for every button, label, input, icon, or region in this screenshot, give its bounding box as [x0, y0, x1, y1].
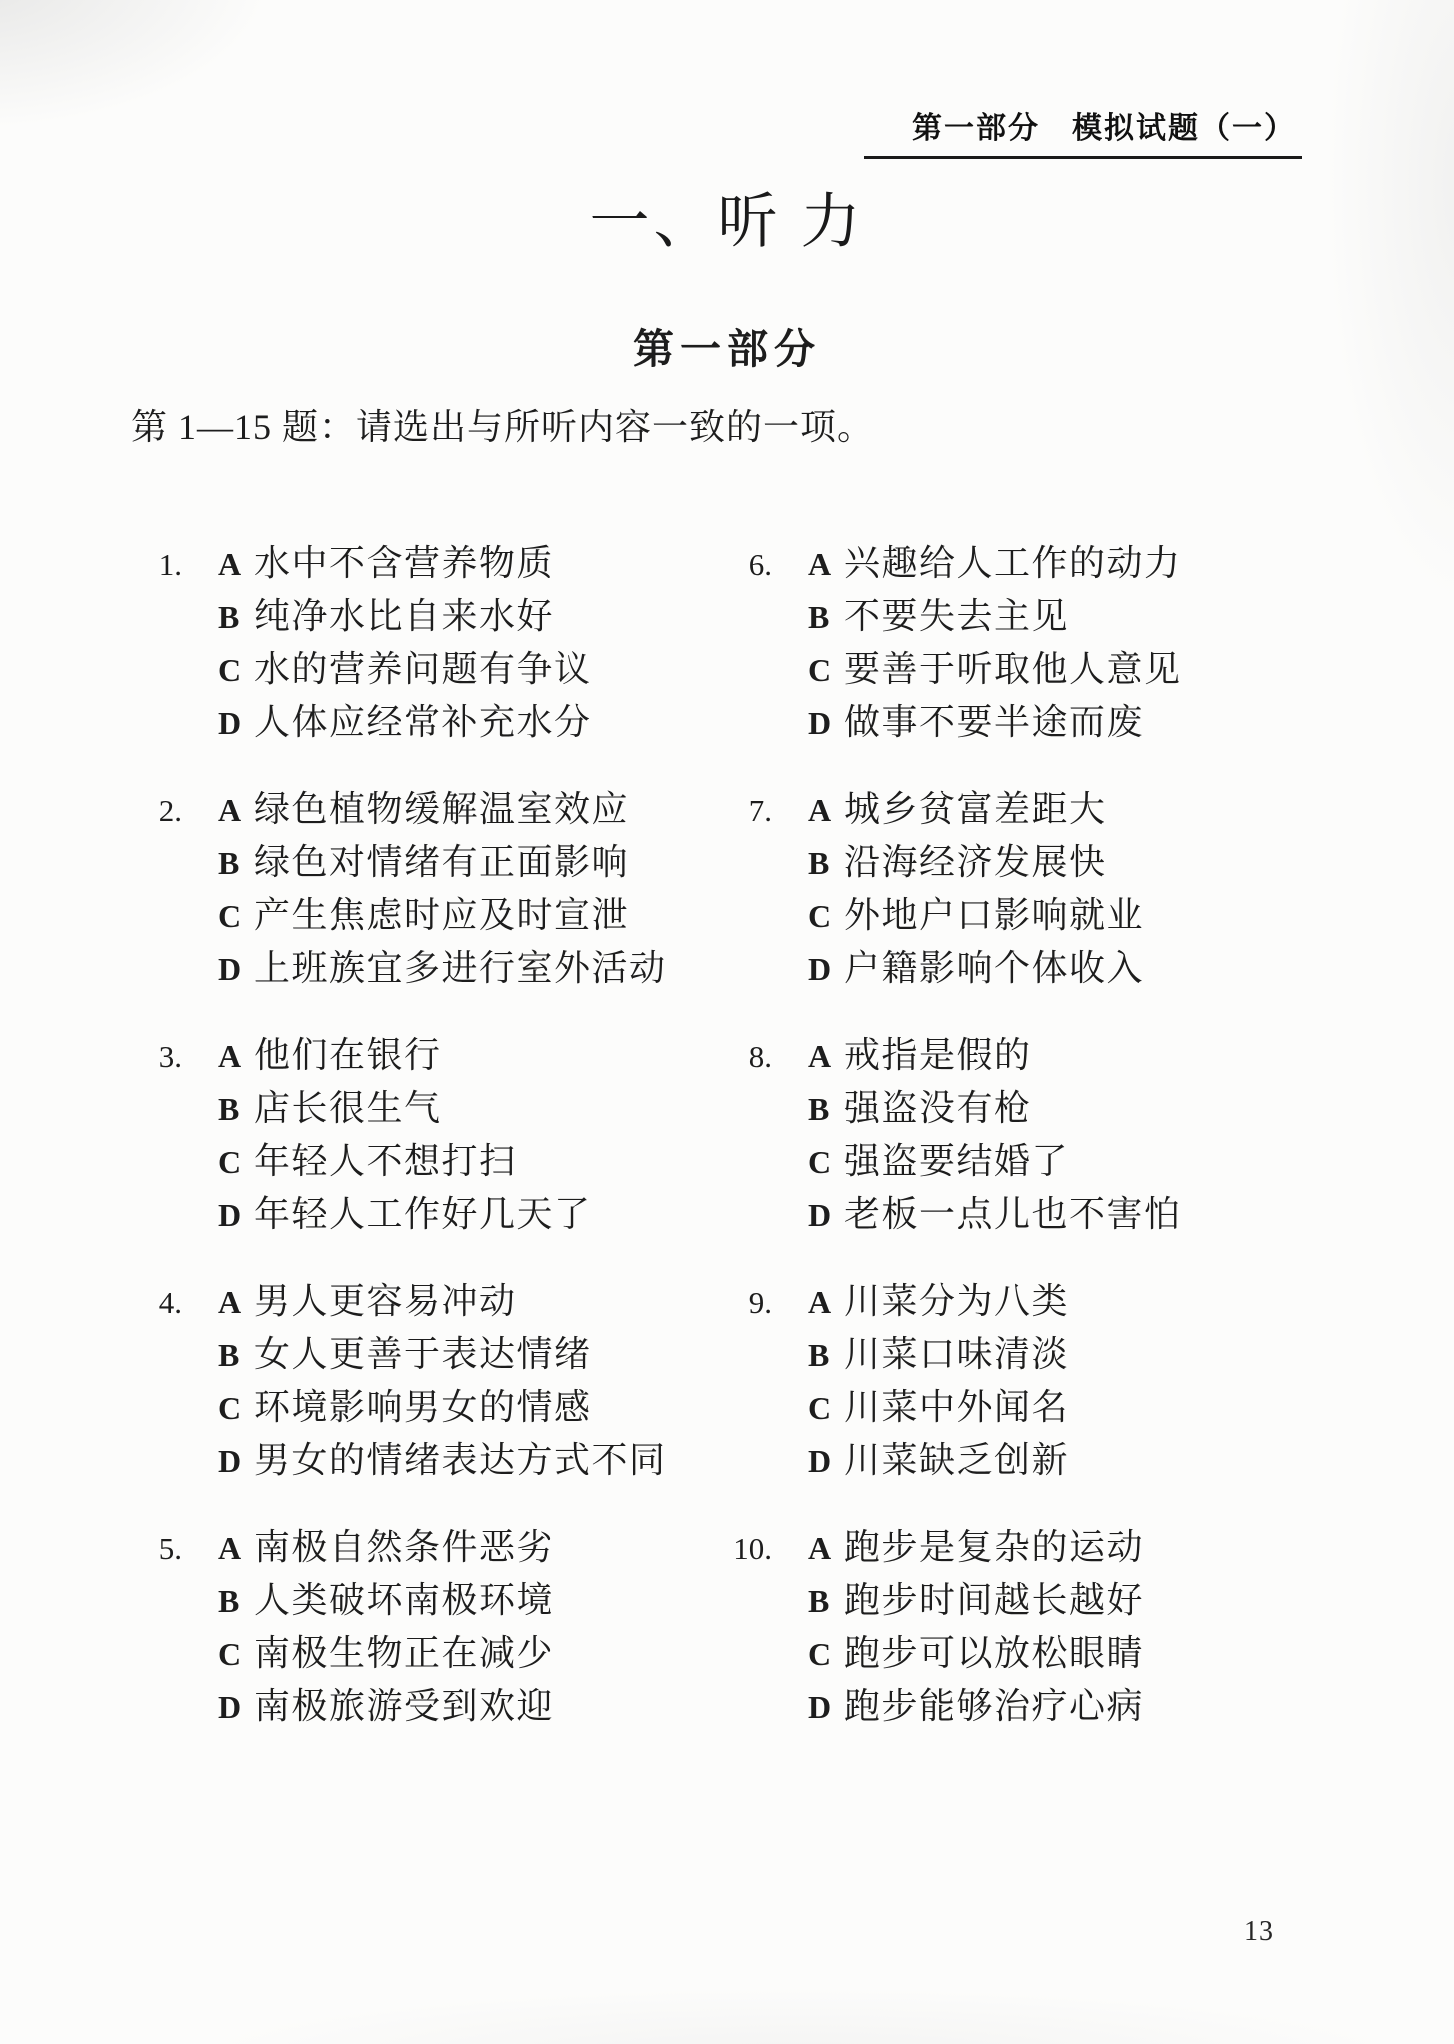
option-row: D人体应经常补充水分 [136, 696, 667, 749]
page-number: 13 [1244, 1916, 1274, 1948]
question-block: 10.A跑步是复杂的运动B跑步时间越长越好C跑步可以放松眼睛D跑步能够治疗心病 [726, 1521, 1182, 1733]
option-row: D川菜缺乏创新 [726, 1434, 1182, 1487]
option-row: D男女的情绪表达方式不同 [136, 1434, 667, 1487]
option-row: 4.A男人更容易冲动 [136, 1275, 667, 1328]
option-text: 跑步可以放松眼睛 [844, 1627, 1144, 1680]
option-row: B店长很生气 [136, 1082, 667, 1135]
option-text: 川菜缺乏创新 [844, 1434, 1069, 1487]
option-text: 水的营养问题有争议 [254, 643, 592, 696]
option-row: D年轻人工作好几天了 [136, 1188, 667, 1241]
option-letter: C [218, 1382, 254, 1435]
question-block: 3.A他们在银行B店长很生气C年轻人不想打扫D年轻人工作好几天了 [136, 1029, 667, 1241]
option-text: 环境影响男女的情感 [254, 1381, 592, 1434]
option-text: 男女的情绪表达方式不同 [254, 1434, 667, 1487]
option-letter: B [808, 837, 844, 890]
option-row: 3.A他们在银行 [136, 1029, 667, 1082]
option-text: 南极旅游受到欢迎 [254, 1680, 554, 1733]
option-text: 女人更善于表达情绪 [254, 1328, 592, 1381]
question-block: 9.A川菜分为八类B川菜口味清淡C川菜中外闻名D川菜缺乏创新 [726, 1275, 1182, 1487]
running-head: 第一部分 模拟试题（一） [864, 103, 1302, 159]
question-block: 2.A绿色植物缓解温室效应B绿色对情绪有正面影响C产生焦虑时应及时宣泄D上班族宜… [136, 783, 667, 995]
option-text: 男人更容易冲动 [254, 1275, 517, 1328]
question-block: 1.A水中不含营养物质B纯净水比自来水好C水的营养问题有争议D人体应经常补充水分 [136, 537, 667, 749]
option-text: 绿色对情绪有正面影响 [254, 836, 629, 889]
option-text: 他们在银行 [254, 1029, 442, 1082]
option-letter: C [218, 644, 254, 697]
option-letter: B [808, 591, 844, 644]
option-letter: A [808, 538, 844, 591]
option-text: 川菜中外闻名 [844, 1381, 1069, 1434]
option-letter: A [218, 1030, 254, 1083]
option-row: B纯净水比自来水好 [136, 590, 667, 643]
option-text: 强盗要结婚了 [844, 1135, 1069, 1188]
option-row: B跑步时间越长越好 [726, 1574, 1182, 1627]
option-letter: A [808, 1030, 844, 1083]
question-block: 8.A戒指是假的B强盗没有枪C强盗要结婚了D老板一点儿也不害怕 [726, 1029, 1182, 1241]
option-row: D南极旅游受到欢迎 [136, 1680, 667, 1733]
option-letter: A [218, 784, 254, 837]
option-text: 人类破坏南极环境 [254, 1574, 554, 1627]
option-letter: C [808, 644, 844, 697]
option-letter: A [218, 1276, 254, 1329]
option-letter: B [218, 837, 254, 890]
option-row: C跑步可以放松眼睛 [726, 1627, 1182, 1680]
option-row: C环境影响男女的情感 [136, 1381, 667, 1434]
option-text: 产生焦虑时应及时宣泄 [254, 889, 629, 942]
option-text: 川菜分为八类 [844, 1275, 1069, 1328]
option-text: 人体应经常补充水分 [254, 696, 592, 749]
question-number: 8. [726, 1030, 804, 1083]
option-row: D老板一点儿也不害怕 [726, 1188, 1182, 1241]
option-row: C南极生物正在减少 [136, 1627, 667, 1680]
option-letter: A [218, 1522, 254, 1575]
instructions: 第 1—15 题：请选出与所听内容一致的一项。 [131, 399, 874, 450]
option-letter: C [808, 1136, 844, 1189]
option-row: C产生焦虑时应及时宣泄 [136, 889, 667, 942]
option-text: 要善于听取他人意见 [844, 643, 1182, 696]
question-number: 6. [726, 538, 804, 591]
option-row: C川菜中外闻名 [726, 1381, 1182, 1434]
option-letter: D [218, 697, 254, 750]
question-number: 3. [136, 1030, 214, 1083]
option-text: 水中不含营养物质 [254, 537, 554, 590]
question-number: 5. [136, 1522, 214, 1575]
question-number: 9. [726, 1276, 804, 1329]
questions-right-column: 6.A兴趣给人工作的动力B不要失去主见C要善于听取他人意见D做事不要半途而废7.… [726, 537, 1182, 1767]
question-number: 4. [136, 1276, 214, 1329]
option-letter: D [218, 1681, 254, 1734]
option-letter: A [808, 1276, 844, 1329]
option-text: 外地户口影响就业 [844, 889, 1144, 942]
question-block: 4.A男人更容易冲动B女人更善于表达情绪C环境影响男女的情感D男女的情绪表达方式… [136, 1275, 667, 1487]
question-number: 2. [136, 784, 214, 837]
option-text: 做事不要半途而废 [844, 696, 1144, 749]
option-row: C要善于听取他人意见 [726, 643, 1182, 696]
option-row: D跑步能够治疗心病 [726, 1680, 1182, 1733]
option-row: 9.A川菜分为八类 [726, 1275, 1182, 1328]
option-row: B不要失去主见 [726, 590, 1182, 643]
question-number: 1. [136, 538, 214, 591]
option-letter: D [218, 943, 254, 996]
option-text: 强盗没有枪 [844, 1082, 1032, 1135]
option-letter: C [808, 890, 844, 943]
option-letter: B [808, 1083, 844, 1136]
option-row: D做事不要半途而废 [726, 696, 1182, 749]
option-letter: A [808, 784, 844, 837]
option-row: C外地户口影响就业 [726, 889, 1182, 942]
option-text: 跑步能够治疗心病 [844, 1680, 1144, 1733]
option-row: B人类破坏南极环境 [136, 1574, 667, 1627]
option-text: 南极生物正在减少 [254, 1627, 554, 1680]
option-row: C强盗要结婚了 [726, 1135, 1182, 1188]
option-text: 绿色植物缓解温室效应 [254, 783, 629, 836]
option-row: B强盗没有枪 [726, 1082, 1182, 1135]
option-text: 跑步时间越长越好 [844, 1574, 1144, 1627]
option-text: 川菜口味清淡 [844, 1328, 1069, 1381]
option-letter: D [808, 1189, 844, 1242]
questions-left-column: 1.A水中不含营养物质B纯净水比自来水好C水的营养问题有争议D人体应经常补充水分… [136, 537, 667, 1767]
option-row: 5.A南极自然条件恶劣 [136, 1521, 667, 1574]
option-text: 南极自然条件恶劣 [254, 1521, 554, 1574]
option-letter: C [218, 1136, 254, 1189]
option-row: B绿色对情绪有正面影响 [136, 836, 667, 889]
option-letter: B [218, 591, 254, 644]
option-text: 城乡贫富差距大 [844, 783, 1107, 836]
option-letter: D [808, 943, 844, 996]
option-letter: A [218, 538, 254, 591]
option-text: 沿海经济发展快 [844, 836, 1107, 889]
option-text: 兴趣给人工作的动力 [844, 537, 1182, 590]
option-row: 2.A绿色植物缓解温室效应 [136, 783, 667, 836]
option-row: 6.A兴趣给人工作的动力 [726, 537, 1182, 590]
option-row: D户籍影响个体收入 [726, 942, 1182, 995]
option-text: 上班族宜多进行室外活动 [254, 942, 667, 995]
question-block: 7.A城乡贫富差距大B沿海经济发展快C外地户口影响就业D户籍影响个体收入 [726, 783, 1182, 995]
option-text: 纯净水比自来水好 [254, 590, 554, 643]
option-row: B川菜口味清淡 [726, 1328, 1182, 1381]
option-text: 户籍影响个体收入 [844, 942, 1144, 995]
option-row: C水的营养问题有争议 [136, 643, 667, 696]
option-row: B女人更善于表达情绪 [136, 1328, 667, 1381]
option-row: 8.A戒指是假的 [726, 1029, 1182, 1082]
option-text: 不要失去主见 [844, 590, 1069, 643]
option-letter: B [218, 1329, 254, 1382]
option-letter: D [218, 1189, 254, 1242]
option-text: 年轻人不想打扫 [254, 1135, 517, 1188]
option-letter: C [218, 890, 254, 943]
option-text: 店长很生气 [254, 1082, 442, 1135]
option-letter: C [808, 1628, 844, 1681]
option-letter: B [218, 1575, 254, 1628]
option-row: 7.A城乡贫富差距大 [726, 783, 1182, 836]
option-letter: B [218, 1083, 254, 1136]
question-block: 6.A兴趣给人工作的动力B不要失去主见C要善于听取他人意见D做事不要半途而废 [726, 537, 1182, 749]
option-letter: B [808, 1575, 844, 1628]
option-row: 10.A跑步是复杂的运动 [726, 1521, 1182, 1574]
page-title: 一、听 力 [0, 174, 1454, 260]
question-number: 7. [726, 784, 804, 837]
question-block: 5.A南极自然条件恶劣B人类破坏南极环境C南极生物正在减少D南极旅游受到欢迎 [136, 1521, 667, 1733]
option-row: D上班族宜多进行室外活动 [136, 942, 667, 995]
option-letter: D [218, 1435, 254, 1488]
option-text: 戒指是假的 [844, 1029, 1032, 1082]
option-letter: C [808, 1382, 844, 1435]
option-letter: D [808, 1435, 844, 1488]
section-heading: 第一部分 [0, 316, 1454, 375]
option-letter: C [218, 1628, 254, 1681]
option-letter: A [808, 1522, 844, 1575]
option-row: 1.A水中不含营养物质 [136, 537, 667, 590]
option-row: B沿海经济发展快 [726, 836, 1182, 889]
question-number: 10. [726, 1522, 804, 1575]
option-letter: B [808, 1329, 844, 1382]
option-letter: D [808, 697, 844, 750]
option-text: 跑步是复杂的运动 [844, 1521, 1144, 1574]
option-text: 年轻人工作好几天了 [254, 1188, 592, 1241]
option-text: 老板一点儿也不害怕 [844, 1188, 1182, 1241]
option-letter: D [808, 1681, 844, 1734]
option-row: C年轻人不想打扫 [136, 1135, 667, 1188]
